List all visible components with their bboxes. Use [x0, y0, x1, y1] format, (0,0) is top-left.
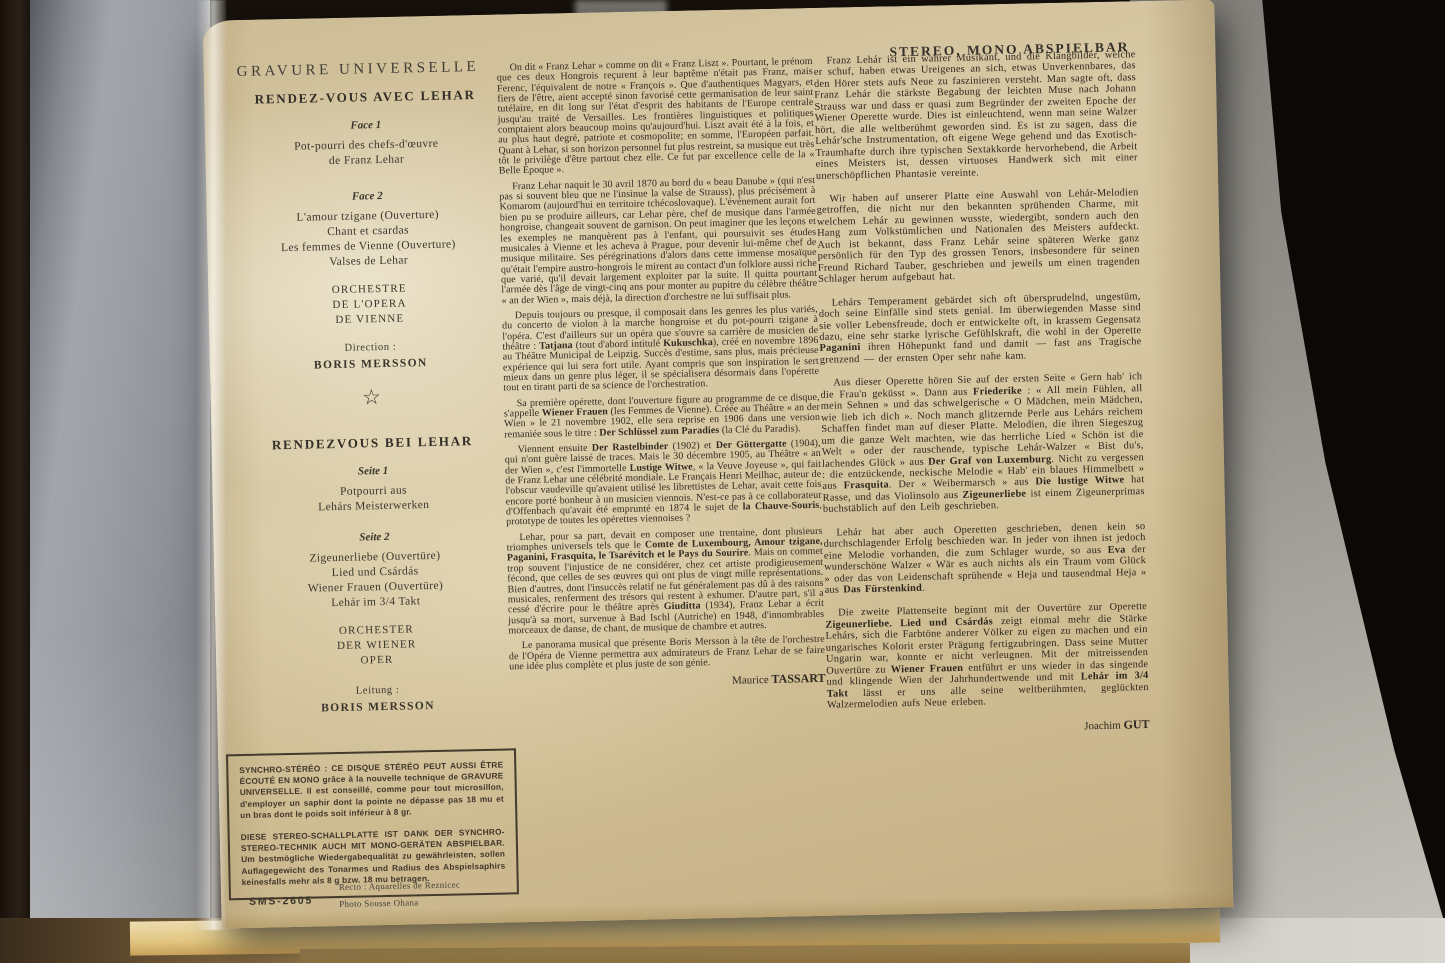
background-grey-surface-left — [30, 0, 210, 963]
seite1-label: Seite 1 — [236, 462, 510, 480]
liner-notes-de-paragraph: Wir haben auf unserer Platte eine Auswah… — [816, 187, 1140, 285]
orchestra-name-french: ORCHESTRE DE L'OPERA DE VIENNE — [232, 279, 507, 330]
photo-of-record-back-cover: GRAVURE UNIVERSELLE STEREO, MONO ABSPIEL… — [0, 0, 1445, 963]
liner-notes-french: On dit « Franz Lehar » comme on dit « Fr… — [497, 57, 826, 693]
liner-notes-de-paragraph: Aus dieser Operette hören Sie auf der er… — [820, 371, 1145, 515]
face2-tracks: L'amour tzigane (Ouverture) Chant et csa… — [231, 206, 506, 272]
seite2-label: Seite 2 — [237, 528, 511, 546]
liner-notes-de-paragraph: Lehár hat aber auch Operetten geschriebe… — [823, 521, 1146, 596]
liner-notes-fr-paragraph: Depuis toujours ou presque, il composait… — [502, 305, 820, 394]
liner-notes-fr-paragraph: Franz Lehar naquit le 30 avril 1870 au b… — [499, 176, 818, 307]
album-title-french: RENDEZ-VOUS AVEC LEHAR — [228, 86, 502, 108]
leitung-label: Leitung : — [241, 682, 515, 699]
conductor-name: BORIS MERSSON — [234, 355, 508, 373]
background-left-dark-edge — [0, 0, 34, 963]
direction-label: Direction : — [233, 339, 507, 356]
liner-notes-fr-paragraph: Lehar, pour sa part, devait en composer … — [506, 527, 824, 637]
orchestra-name-german: ORCHESTER DER WIENER OPER — [239, 620, 514, 671]
face2-label: Face 2 — [230, 187, 504, 205]
catalog-number: SMS-2605 — [249, 895, 313, 908]
liner-notes-de-paragraph: Lehárs Temperament gebärdet sich oft übe… — [819, 291, 1142, 366]
seite2-tracks: Zigeunerliebe (Ouvertüre) Lied und Csárd… — [238, 547, 513, 613]
label-gravure-universelle: GRAVURE UNIVERSELLE — [237, 59, 480, 81]
liner-notes-fr-paragraph: Sa première opérette, dont l'ouverture f… — [504, 393, 821, 441]
face1-tracks: Pot-pourri des chefs-d'œuvre de Franz Le… — [229, 135, 504, 171]
conductor-name-german: BORIS MERSSON — [241, 698, 515, 716]
liner-notes-german: Franz Lehár ist ein wahrer Musikant, und… — [813, 49, 1149, 738]
record-sleeve-back: GRAVURE UNIVERSELLE STEREO, MONO ABSPIEL… — [203, 0, 1234, 928]
author-signature-french: Maurice TASSART — [509, 671, 825, 693]
cover-art-credits: Recto : Aquarelles de Reznicec Photo Sou… — [339, 875, 530, 913]
plastic-wrap-edge — [196, 0, 226, 930]
liner-notes-de-paragraph: Die zweite Plattenseite beginnt mit der … — [825, 602, 1149, 712]
star-icon: ☆ — [234, 382, 508, 413]
album-title-german: RENDEZVOUS BEI LEHAR — [235, 432, 509, 454]
seite1-tracks: Potpourri aus Lehárs Meisterwerken — [236, 481, 511, 517]
liner-notes-de-paragraph: Franz Lehár ist ein wahrer Musikant, und… — [813, 49, 1138, 182]
liner-notes-fr-paragraph: Le panorama musical que présente Boris M… — [509, 635, 826, 673]
liner-notes-fr-paragraph: Viennent ensuite Der Rastelbinder (1902)… — [505, 439, 823, 528]
author-signature-german: Joachim GUT — [827, 717, 1149, 739]
notice-french: SYNCHRO-STÉRÉO : CE DISQUE STÉRÉO PEUT A… — [239, 760, 504, 822]
tracklist-column: RENDEZ-VOUS AVEC LEHAR Face 1 Pot-pourri… — [228, 86, 515, 716]
liner-notes-fr-paragraph: On dit « Franz Lehar » comme on dit « Fr… — [497, 57, 815, 177]
face1-label: Face 1 — [229, 116, 503, 134]
